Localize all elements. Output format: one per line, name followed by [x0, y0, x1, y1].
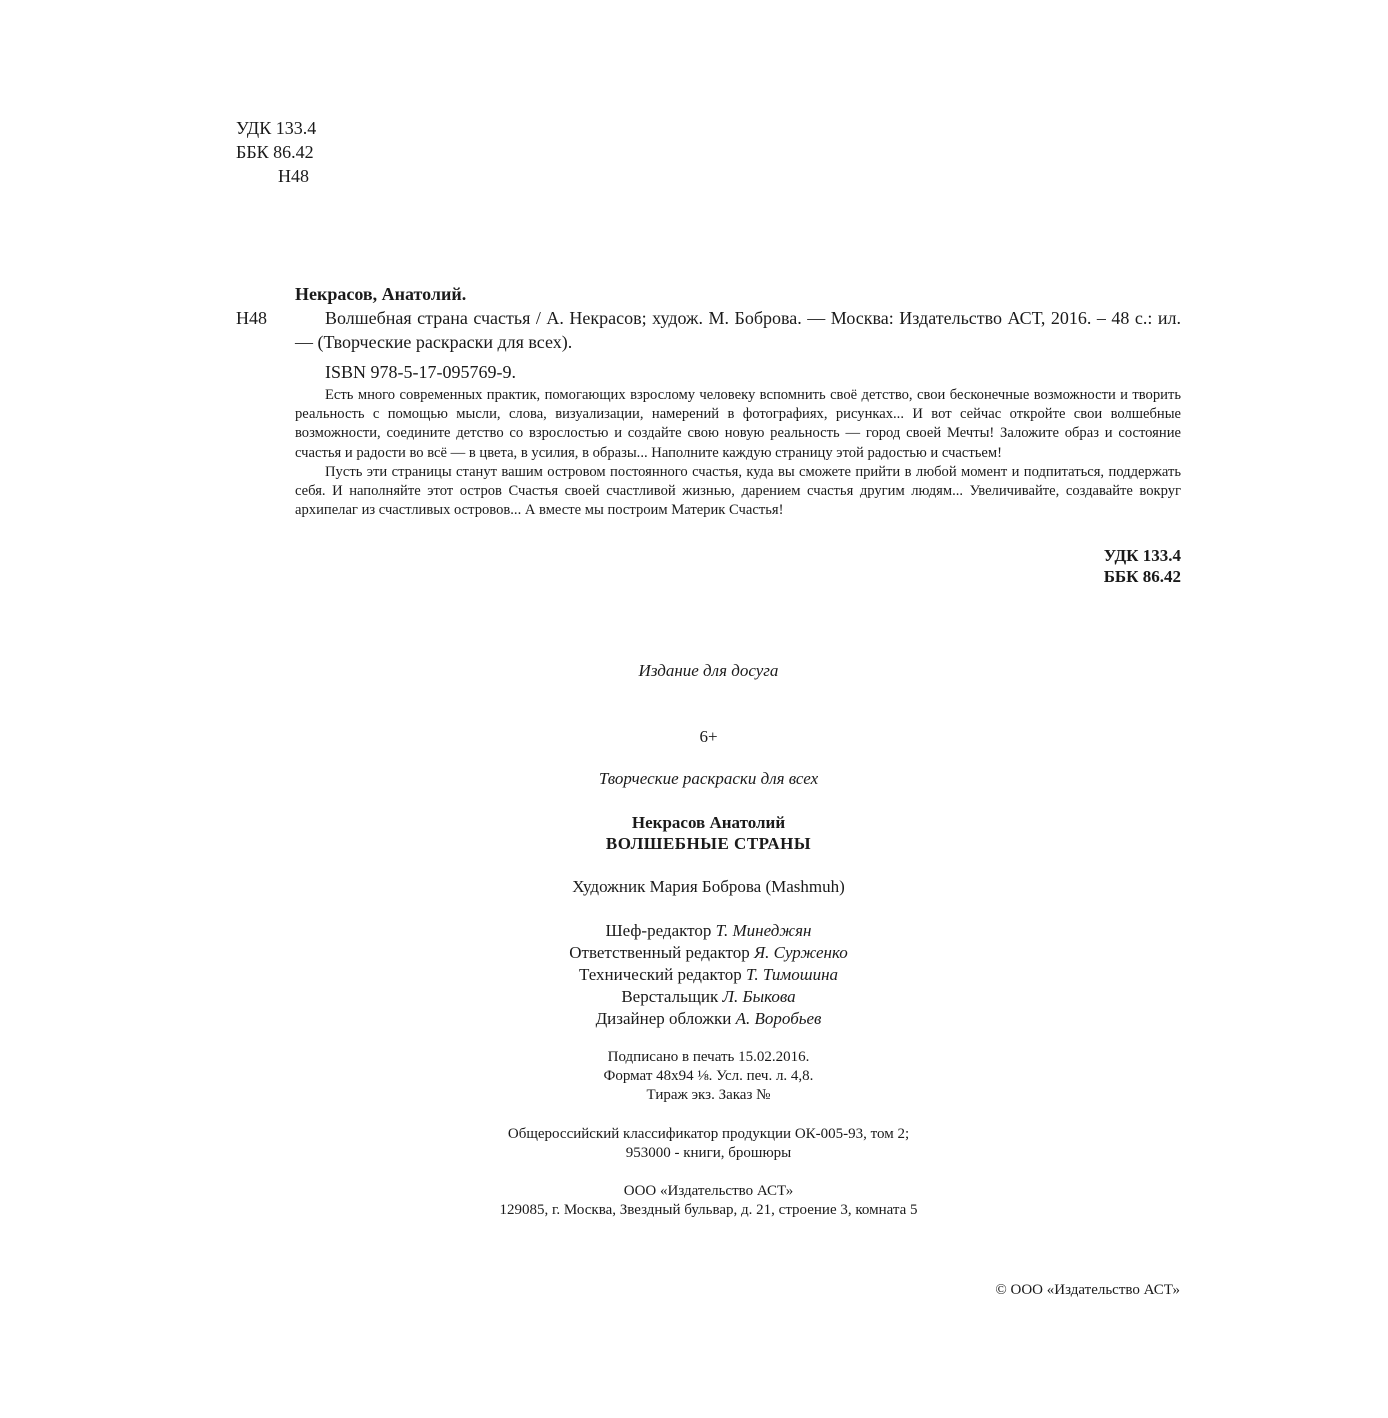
entry-author: Некрасов, Анатолий.	[236, 282, 1181, 306]
entry-code: Н48	[236, 306, 295, 354]
credit-line: Верстальщик Л. Быкова	[0, 986, 1388, 1008]
author-mark: Н48	[236, 164, 316, 188]
book-author: Некрасов Анатолий	[0, 812, 1388, 834]
publisher-info: ООО «Издательство АСТ» 129085, г. Москва…	[0, 1182, 1388, 1220]
bottom-classification-codes: УДК 133.4 ББК 86.42	[1104, 545, 1181, 587]
annotation-paragraph: Есть много современных практик, помогающ…	[295, 386, 1181, 463]
bbk-code: ББК 86.42	[236, 140, 316, 164]
credit-line: Технический редактор Т. Тимошина	[0, 964, 1388, 986]
print-info: Подписано в печать 15.02.2016. Формат 48…	[0, 1048, 1388, 1105]
top-classification-codes: УДК 133.4 ББК 86.42 Н48	[236, 116, 316, 188]
isbn: ISBN 978-5-17-095769-9.	[236, 360, 1181, 384]
udk-code: УДК 133.4	[236, 116, 316, 140]
classifier-info: Общероссийский классификатор продукции О…	[0, 1125, 1388, 1163]
credit-line: Дизайнер обложки А. Воробьев	[0, 1008, 1388, 1030]
age-rating: 6+	[0, 726, 1388, 748]
credits: Шеф-редактор Т. Минеджян Ответственный р…	[0, 920, 1388, 1030]
illustrator: Художник Мария Боброва (Mashmuh)	[0, 876, 1388, 898]
book-title: ВОЛШЕБНЫЕ СТРАНЫ	[0, 833, 1388, 855]
series-title: Творческие раскраски для всех	[0, 768, 1388, 790]
credit-line: Ответственный редактор Я. Сурженко	[0, 942, 1388, 964]
copyright: © ООО «Издательство АСТ»	[995, 1282, 1180, 1299]
udk-code: УДК 133.4	[1104, 545, 1181, 566]
credit-line: Шеф-редактор Т. Минеджян	[0, 920, 1388, 942]
bbk-code: ББК 86.42	[1104, 566, 1181, 587]
annotation: Есть много современных практик, помогающ…	[295, 386, 1181, 520]
edition-type: Издание для досуга	[0, 660, 1388, 682]
annotation-paragraph: Пусть эти страницы станут вашим островом…	[295, 463, 1181, 521]
entry-description: Волшебная страна счастья / А. Некрасов; …	[295, 306, 1181, 354]
catalog-entry: Некрасов, Анатолий. Н48 Волшебная страна…	[236, 282, 1181, 384]
